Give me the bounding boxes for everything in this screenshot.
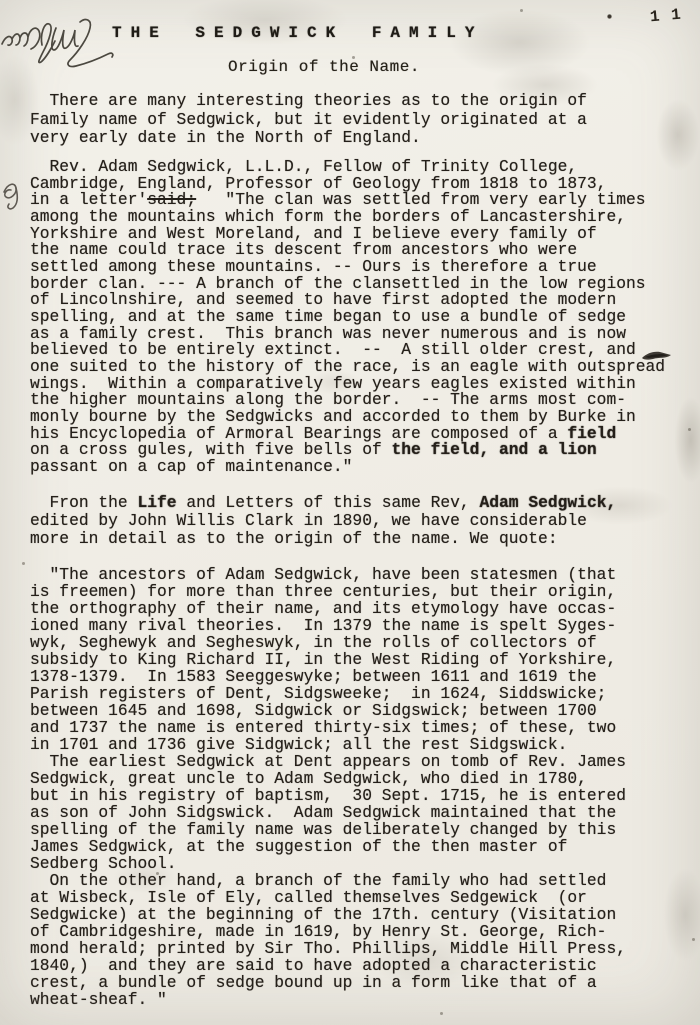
paragraph-intro: There are many interesting theories as t… [30,92,587,148]
text-line: and 1737 the name is entered thirty-six … [30,719,626,736]
text-line: Fron the Life and Letters of this same R… [30,494,616,512]
text-line: is freemen) for more than three centurie… [30,583,626,600]
text-line: ioned many rival theories. In 1379 the n… [30,617,626,634]
text-line: more in detail as to the origin of the n… [30,530,616,548]
text-line: edited by John Willis Clark in 1890, we … [30,512,616,530]
paper-smudge [420,0,620,90]
document-page: { "doc": { "title": "THE SEDGWICK FAMILY… [0,0,700,1025]
text-line: wyk, Seghewyk and Segheswyk, in the roll… [30,634,626,651]
text-line: passant on a cap of maintenance." [30,459,665,476]
text-line: in 1701 and 1736 give Sidgwick; all the … [30,736,626,753]
document-subtitle: Origin of the Name. [228,58,420,76]
text-line: Family name of Sedgwick, but it evidentl… [30,111,587,130]
document-title: THE SEDGWICK FAMILY [112,24,483,42]
text-line: subsidy to King Richard II, in the West … [30,651,626,668]
text-line: wheat-sheaf. " [30,991,626,1008]
text-line: The earliest Sedgwick at Dent appears on… [30,753,626,770]
text-line: There are many interesting theories as t… [30,92,587,111]
text-line: Sedgwicke) at the beginning of the 17th.… [30,906,626,923]
paper-smudge [668,380,700,500]
handwriting-scribble-icon [0,12,118,70]
text-line: of Cambridgeshire, made in 1619, by Henr… [30,923,626,940]
scan-speck [688,428,691,431]
text-line: 1378-1379. In 1583 Seeggeswyke; between … [30,668,626,685]
text-line: James Sedgwick, at the suggestion of the… [30,838,626,855]
text-line: the orthography of their name, and its e… [30,600,626,617]
scan-speck [440,1012,443,1015]
pen-check-icon [0,179,24,215]
scan-speck [520,9,523,12]
text-line: at Wisbeck, Isle of Ely, called themselv… [30,889,626,906]
text-line: Parish registers of Dent, Sidgsweeke; in… [30,685,626,702]
text-line: very early date in the North of England. [30,129,587,148]
text-line: spelling of the family name was delibera… [30,821,626,838]
text-line: mond herald; printed by Sir Tho. Phillip… [30,940,626,957]
text-line: as son of John Sidgswick. Adam Sedgwick … [30,804,626,821]
scan-speck [22,562,25,565]
paragraph-adam-sedgwick-quote: Rev. Adam Sedgwick, L.L.D., Fellow of Tr… [30,159,665,475]
dot-mark-icon [607,14,612,19]
page-number: 1 1 [649,6,682,27]
text-line: crest, a bundle of sedge bound up in a f… [30,974,626,991]
text-line: Sedgwick, great uncle to Adam Sedgwick, … [30,770,626,787]
paragraph-life-and-letters: Fron the Life and Letters of this same R… [30,494,616,548]
text-line: "The ancestors of Adam Sedgwick, have be… [30,566,626,583]
paper-smudge [655,850,700,980]
text-line: 1840,) and they are said to have adopted… [30,957,626,974]
text-line: between 1645 and 1698, Sidgwick or Sidgs… [30,702,626,719]
text-line: On the other hand, a branch of the famil… [30,872,626,889]
text-line: but in his registry of baptism, 30 Sept.… [30,787,626,804]
paragraph-quote-ancestors: "The ancestors of Adam Sedgwick, have be… [30,566,626,1008]
text-line: Sedberg School. [30,855,626,872]
scan-speck [692,938,695,941]
